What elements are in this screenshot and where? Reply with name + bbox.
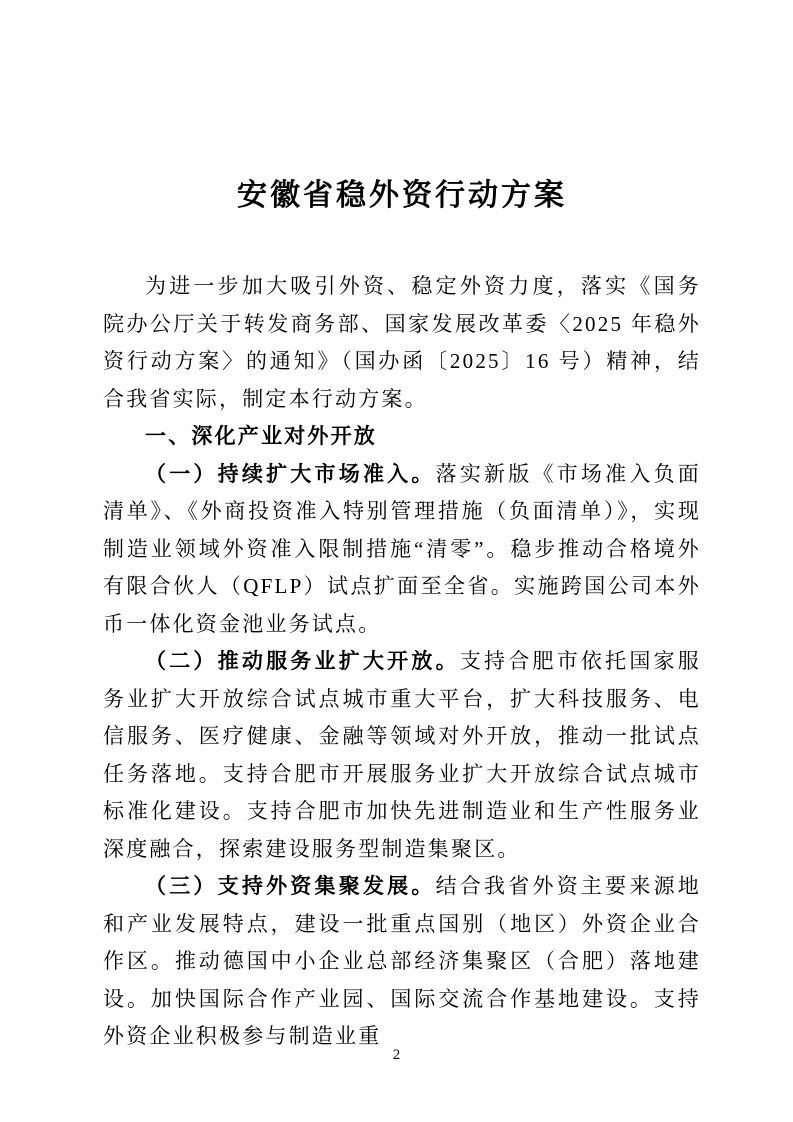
item-3-lead: （三）支持外资集聚发展。 xyxy=(145,874,436,898)
page-number: 2 xyxy=(0,1047,793,1064)
item-1-lead: （一）持续扩大市场准入。 xyxy=(145,462,436,486)
document-page: 安徽省稳外资行动方案 为进一步加大吸引外资、稳定外资力度，落实《国务院办公厅关于… xyxy=(0,0,793,1122)
item-paragraph-2: （二）推动服务业扩大开放。支持合肥市依托国家服务业扩大开放综合试点城市重大平台，… xyxy=(103,643,701,868)
item-paragraph-3: （三）支持外资集聚发展。结合我省外资主要来源地和产业发展特点，建设一批重点国别（… xyxy=(103,868,701,1056)
item-paragraph-1: （一）持续扩大市场准入。落实新版《市场准入负面清单》、《外商投资准入特别管理措施… xyxy=(103,456,701,644)
item-2-lead: （二）推动服务业扩大开放。 xyxy=(145,649,460,673)
section-heading-1: 一、深化产业对外开放 xyxy=(103,418,701,456)
document-title: 安徽省稳外资行动方案 xyxy=(103,178,701,214)
item-1-text: 落实新版《市场准入负面清单》、《外商投资准入特别管理措施（负面清单）》，实现制造… xyxy=(103,462,701,636)
item-3-text: 结合我省外资主要来源地和产业发展特点，建设一批重点国别（地区）外资企业合作区。推… xyxy=(103,874,701,1048)
item-2-text: 支持合肥市依托国家服务业扩大开放综合试点城市重大平台，扩大科技服务、电信服务、医… xyxy=(103,649,701,861)
document-body: 为进一步加大吸引外资、稳定外资力度，落实《国务院办公厅关于转发商务部、国家发展改… xyxy=(103,268,701,1056)
intro-paragraph: 为进一步加大吸引外资、稳定外资力度，落实《国务院办公厅关于转发商务部、国家发展改… xyxy=(103,268,701,418)
